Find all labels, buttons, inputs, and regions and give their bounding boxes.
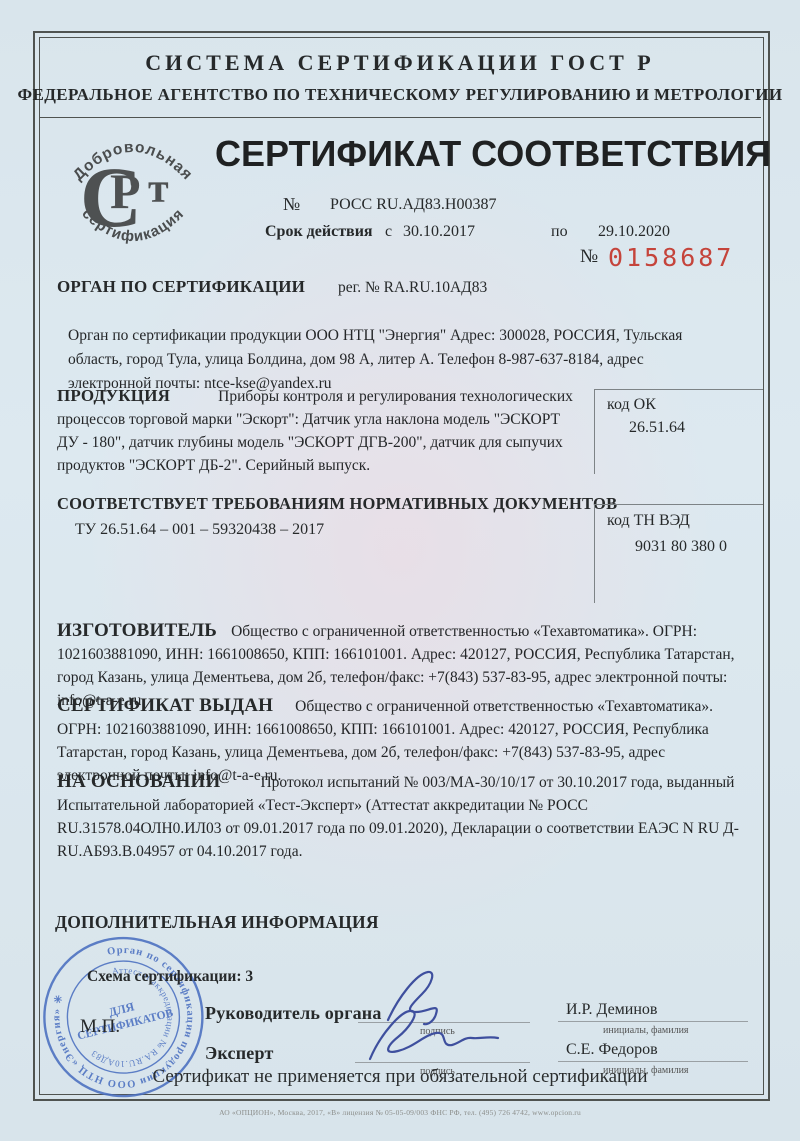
print-info: АО «ОПЦИОН», Москва, 2017, «В» лицензия … — [0, 1108, 800, 1117]
head-name-line — [558, 1021, 748, 1022]
code-tn-box: код ТН ВЭД 9031 80 380 0 — [594, 504, 763, 603]
system-title: СИСТЕМА СЕРТИФИКАЦИИ ГОСТ Р — [0, 50, 800, 76]
validity-to-label: по — [551, 223, 568, 241]
cert-no-label: № — [283, 194, 300, 215]
head-name-caption: инициалы, фамилия — [603, 1025, 689, 1036]
code-tn-label: код ТН ВЭД — [607, 512, 763, 530]
code-ok-box: код ОК 26.51.64 — [594, 389, 763, 474]
validity-from-label: с — [385, 223, 392, 241]
expert-name: С.Е. Федоров — [566, 1041, 658, 1059]
expert-signature-icon — [362, 1005, 507, 1065]
logo-glyph-r: Р — [110, 163, 141, 219]
code-tn-value: 9031 80 380 0 — [635, 538, 763, 556]
cert-body-reg: рег. № RA.RU.10АД83 — [338, 279, 487, 297]
header-divider — [39, 117, 761, 118]
basis-block: НА ОСНОВАНИИПротокол испытаний № 003/МА-… — [57, 770, 749, 863]
manufacturer-label: ИЗГОТОВИТЕЛЬ — [57, 620, 217, 641]
conformity-label: СООТВЕТСТВУЕТ ТРЕБОВАНИЯМ НОРМАТИВНЫХ ДО… — [57, 494, 617, 514]
expert-label: Эксперт — [205, 1043, 274, 1064]
validity-label: Срок действия — [265, 223, 373, 241]
code-ok-label: код ОК — [607, 396, 763, 414]
cert-body-label: ОРГАН ПО СЕРТИФИКАЦИИ — [57, 277, 305, 297]
production-label: ПРОДУКЦИЯ — [57, 386, 170, 405]
certificate-title: СЕРТИФИКАТ СООТВЕТСТВИЯ — [215, 133, 771, 175]
production-block: ПРОДУКЦИЯПриборы контроля и регулировани… — [57, 384, 579, 477]
basis-gap — [220, 786, 260, 787]
conformity-text: ТУ 26.51.64 – 001 – 59320438 – 2017 — [75, 521, 324, 539]
code-ok-value: 26.51.64 — [629, 419, 763, 437]
expert-name-line — [558, 1061, 748, 1062]
form-no-label: № — [580, 246, 598, 268]
rst-logo: Добровольная сертификация С Р т — [58, 126, 208, 267]
issued-to-gap — [273, 710, 295, 711]
head-name: И.Р. Деминов — [566, 1001, 657, 1019]
valid-to-date: 29.10.2020 — [598, 223, 670, 241]
logo-glyph-t: т — [148, 166, 169, 212]
rst-logo-icon: Добровольная сертификация С Р т — [58, 126, 208, 262]
head-of-body-label: Руководитель органа — [205, 1003, 382, 1024]
form-number: 0158687 — [608, 243, 734, 272]
agency-title: ФЕДЕРАЛЬНОЕ АГЕНТСТВО ПО ТЕХНИЧЕСКОМУ РЕ… — [0, 85, 800, 105]
production-gap — [170, 400, 218, 401]
basis-label: НА ОСНОВАНИИ — [57, 771, 220, 792]
manufacturer-gap — [217, 635, 231, 636]
expert-signature — [362, 1005, 507, 1070]
issued-to-label: СЕРТИФИКАТ ВЫДАН — [57, 695, 273, 716]
valid-from-date: 30.10.2017 — [403, 223, 475, 241]
bottom-note: Сертификат не применяется при обязательн… — [0, 1066, 800, 1088]
mp-label: М.П. — [80, 1016, 120, 1038]
additional-label: ДОПОЛНИТЕЛЬНАЯ ИНФОРМАЦИЯ — [55, 912, 379, 933]
cert-number: РОСС RU.АД83.Н00387 — [330, 196, 496, 214]
scheme-text: Схема сертификации: 3 — [87, 968, 253, 986]
